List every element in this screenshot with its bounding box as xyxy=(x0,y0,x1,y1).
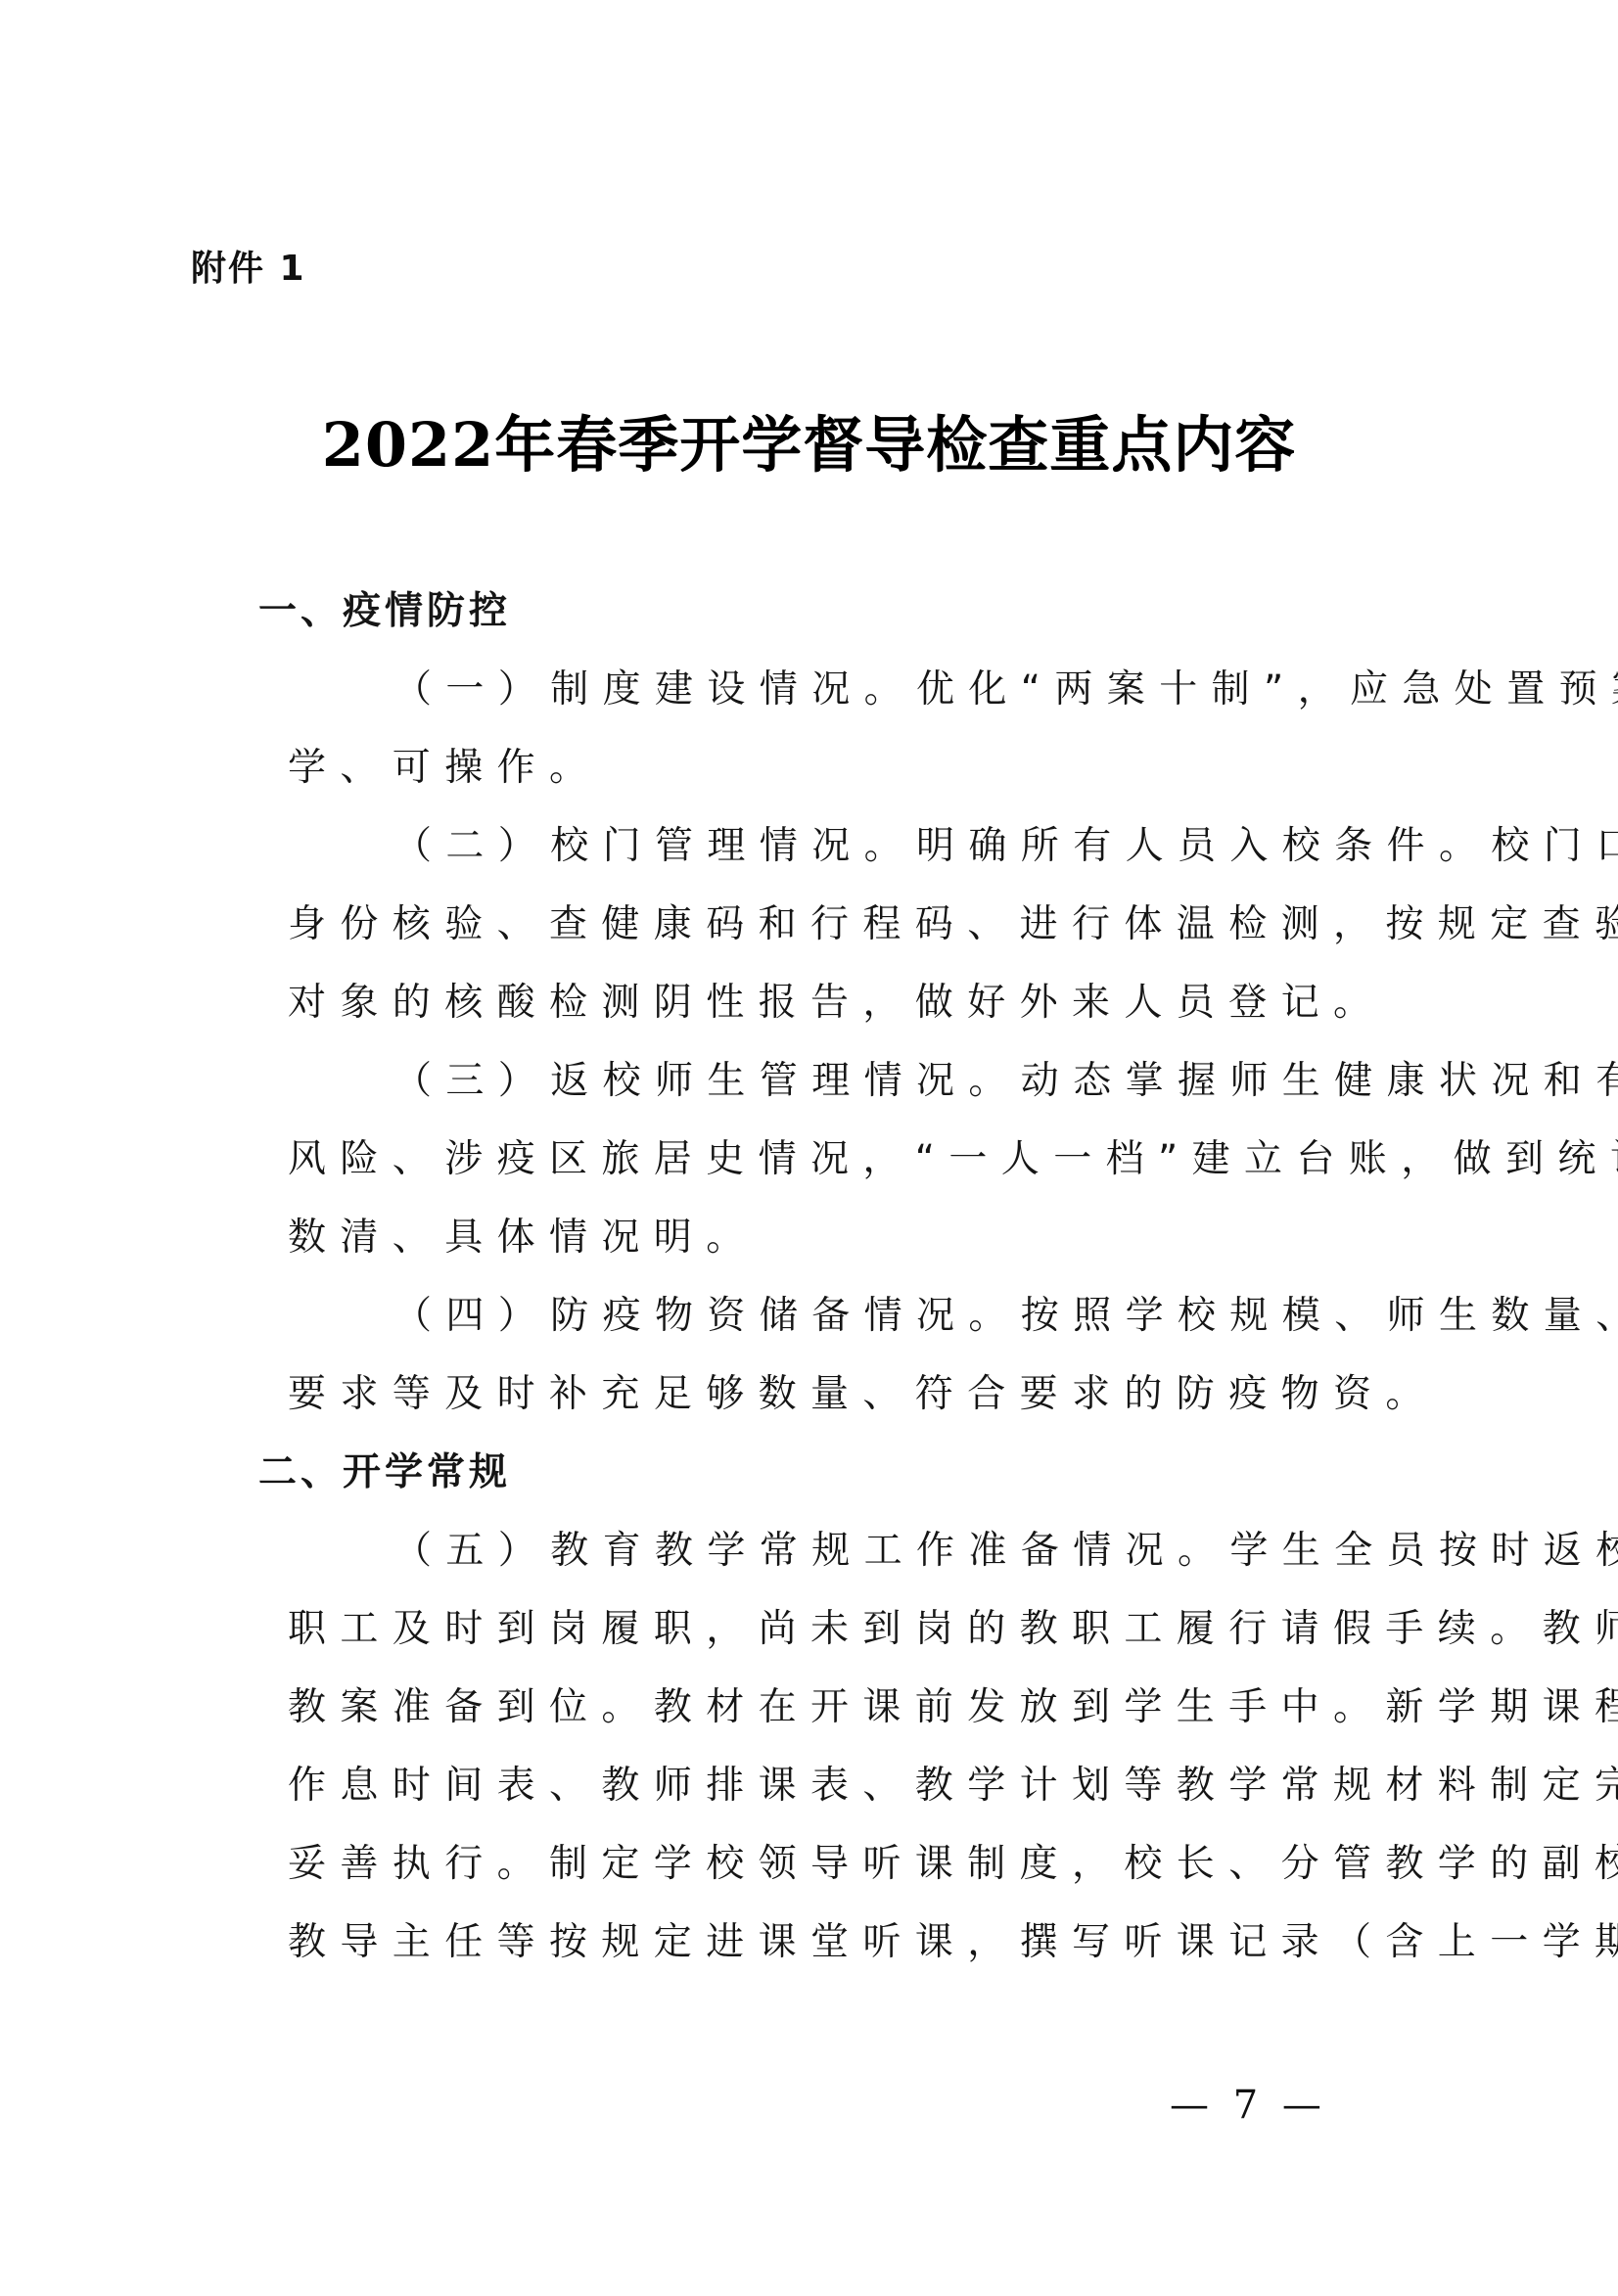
paragraph-line: 教案准备到位。教材在开课前发放到学生手中。新学期课程表、 xyxy=(182,1669,1474,1747)
paragraph-line: 学、可操作。 xyxy=(182,729,1474,807)
paragraph-line: 身份核验、查健康码和行程码、进行体温检测，按规定查验有关 xyxy=(182,886,1474,964)
item-5-teaching-routine: （五）教育教学常规工作准备情况。学生全员按时返校。教 职工及时到岗履职，尚未到岗… xyxy=(182,1512,1474,1982)
paragraph-line: 对象的核酸检测阴性报告，做好外来人员登记。 xyxy=(182,964,1474,1042)
paragraph-line: 数清、具体情况明。 xyxy=(182,1199,1474,1277)
paragraph-line: 教导主任等按规定进课堂听课，撰写听课记录（含上一学期记录）。 xyxy=(182,1904,1474,1982)
paragraph-line: （四）防疫物资储备情况。按照学校规模、师生数量、应急 xyxy=(182,1277,1474,1355)
section-heading-school-opening-routine: 二、开学常规 xyxy=(182,1434,1474,1512)
document-title: 2022年春季开学督导检查重点内容 xyxy=(0,396,1618,483)
paragraph-line: （五）教育教学常规工作准备情况。学生全员按时返校。教 xyxy=(182,1512,1474,1590)
paragraph-line: 作息时间表、教师排课表、教学计划等教学常规材料制定完毕并 xyxy=(182,1747,1474,1825)
document-page: 附件 1 2022年春季开学督导检查重点内容 一、疫情防控 （一）制度建设情况。… xyxy=(0,0,1618,2296)
item-1-system-building: （一）制度建设情况。优化“两案十制”，应急处置预案科 学、可操作。 xyxy=(182,651,1474,807)
attachment-label: 附件 1 xyxy=(191,241,306,291)
paragraph-line: （三）返校师生管理情况。动态掌握师生健康状况和有中高 xyxy=(182,1042,1474,1121)
item-2-gate-management: （二）校门管理情况。明确所有人员入校条件。校门口进行 身份核验、查健康码和行程码… xyxy=(182,807,1474,1042)
section-heading-epidemic-control: 一、疫情防控 xyxy=(182,573,1474,651)
paragraph-line: 妥善执行。制定学校领导听课制度，校长、分管教学的副校长、 xyxy=(182,1825,1474,1904)
paragraph-line: 职工及时到岗履职，尚未到岗的教职工履行请假手续。教师备课 xyxy=(182,1590,1474,1669)
paragraph-line: 要求等及时补充足够数量、符合要求的防疫物资。 xyxy=(182,1355,1474,1434)
page-number: — 7 — xyxy=(1170,2083,1327,2128)
paragraph-line: 风险、涉疫区旅居史情况，“一人一档”建立台账，做到统计底 xyxy=(182,1121,1474,1199)
item-4-supplies-reserve: （四）防疫物资储备情况。按照学校规模、师生数量、应急 要求等及时补充足够数量、符… xyxy=(182,1277,1474,1434)
item-3-returning-staff-students: （三）返校师生管理情况。动态掌握师生健康状况和有中高 风险、涉疫区旅居史情况，“… xyxy=(182,1042,1474,1277)
paragraph-line: （二）校门管理情况。明确所有人员入校条件。校门口进行 xyxy=(182,807,1474,886)
paragraph-line: （一）制度建设情况。优化“两案十制”，应急处置预案科 xyxy=(182,651,1474,729)
document-body: 一、疫情防控 （一）制度建设情况。优化“两案十制”，应急处置预案科 学、可操作。… xyxy=(182,573,1474,1982)
